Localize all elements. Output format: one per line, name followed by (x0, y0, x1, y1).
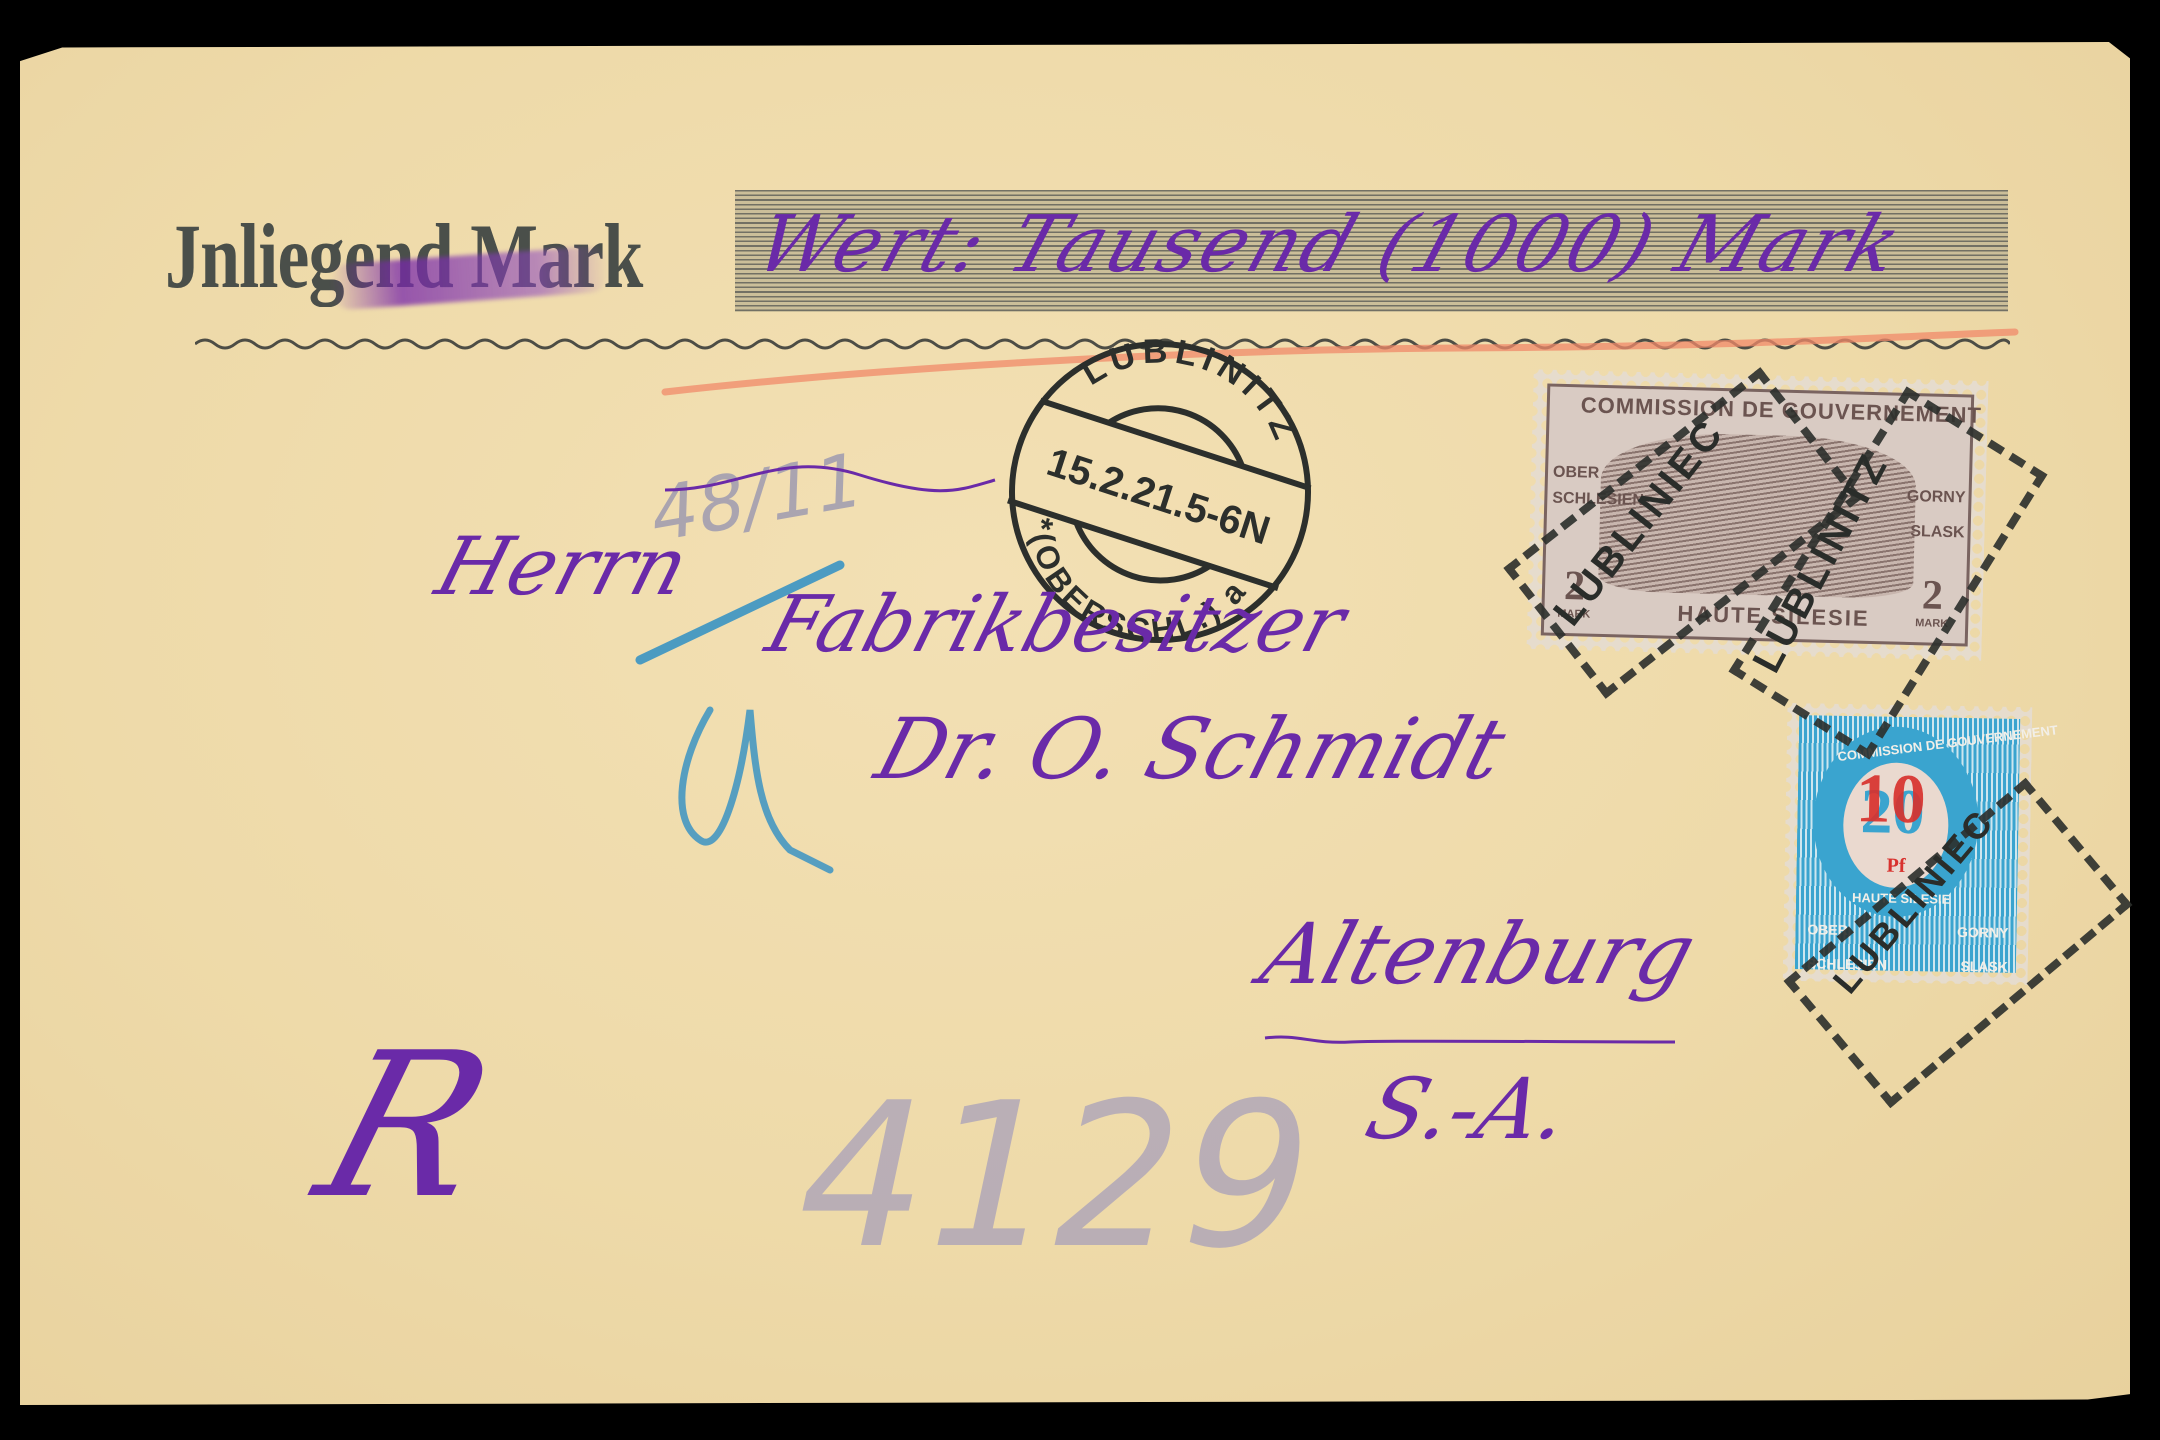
address-region: S.-A. (1356, 1060, 1581, 1158)
stamp-unit: Pf (1886, 855, 1905, 878)
stamp-overprint-value: 10 (1855, 759, 1926, 840)
address-city: Altenburg (1251, 905, 1706, 1003)
address-name: Dr. O. Schmidt (866, 700, 1516, 798)
address-underline (1260, 1030, 1680, 1050)
address-title: Fabrikbesitzer (757, 580, 1355, 670)
purple-flourish (660, 450, 1000, 510)
declared-value-handwriting: Wert: Tausend (1000) Mark (745, 200, 1913, 290)
postmark-town: LUBLINITZ (1068, 332, 1320, 459)
pencil-note-bottom: 4129 (775, 1060, 1334, 1293)
address-salutation: Herrn (427, 520, 699, 613)
svg-text:LUBLINITZ: LUBLINITZ (1068, 332, 1320, 459)
